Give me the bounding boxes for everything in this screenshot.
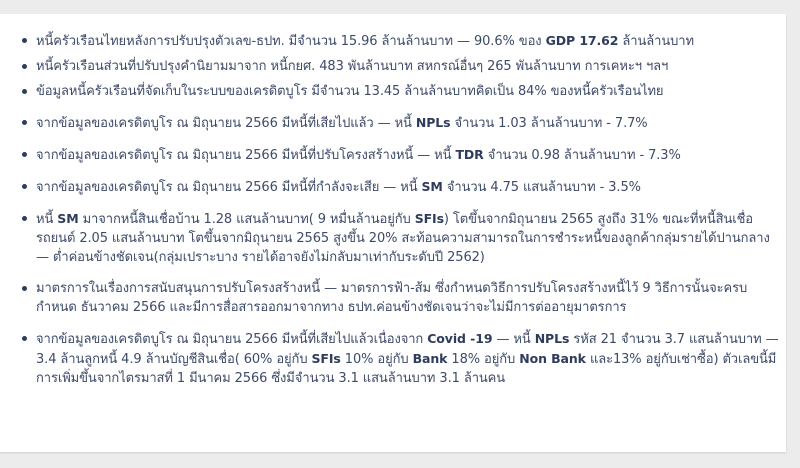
bullet-text: หนี้ครัวเรือนส่วนที่ปรับปรุงคำนิยามมาจาก… xyxy=(36,59,668,74)
bullet-item: หนี้ครัวเรือนส่วนที่ปรับปรุงคำนิยามมาจาก… xyxy=(22,57,782,76)
bold-term: SFIs xyxy=(415,211,444,226)
bullet-dot-icon xyxy=(22,38,27,43)
bullet-dot-icon xyxy=(22,184,27,189)
bullet-text: มาตรการในเรื่องการสนับสนุนการปรับโครงสร้… xyxy=(36,281,747,315)
bullet-item: หนี้ SM มาจากหนี้สินเชื่อบ้าน 1.28 แสนล้… xyxy=(22,209,782,267)
bold-term: SFIs xyxy=(312,351,341,366)
bullet-text: 10% อยู่กับ xyxy=(341,352,413,367)
bullet-item: จากข้อมูลของเครดิตบูโร ณ มิถุนายน 2566 ม… xyxy=(22,145,782,165)
bullet-text: จากข้อมูลของเครดิตบูโร ณ มิถุนายน 2566 ม… xyxy=(36,116,416,131)
bullet-text: จำนวน 1.03 ล้านล้านบาท - 7.7% xyxy=(451,116,648,131)
bullet-text: จากข้อมูลของเครดิตบูโร ณ มิถุนายน 2566 ม… xyxy=(36,148,455,163)
bullet-item: จากข้อมูลของเครดิตบูโร ณ มิถุนายน 2566 ม… xyxy=(22,113,782,133)
bold-term: SM xyxy=(422,179,443,194)
bullet-dot-icon xyxy=(22,89,27,94)
bullet-text: จำนวน 0.98 ล้านล้านบาท - 7.3% xyxy=(484,148,681,163)
bullet-list: หนี้ครัวเรือนไทยหลังการปรับปรุงตัวเลข-ธป… xyxy=(22,31,782,388)
bullet-text: หนี้ xyxy=(36,212,57,227)
bullet-text: หนี้ครัวเรือนไทยหลังการปรับปรุงตัวเลข-ธป… xyxy=(36,34,546,49)
bullet-item: จากข้อมูลของเครดิตบูโร ณ มิถุนายน 2566 ม… xyxy=(22,329,782,388)
bold-term: NPLs xyxy=(535,331,570,346)
bullet-text: — หนี้ xyxy=(492,332,534,347)
bold-term: SM xyxy=(57,211,78,226)
bullet-item: ข้อมูลหนี้ครัวเรือนที่จัดเก็บในระบบของเค… xyxy=(22,82,782,101)
bullet-dot-icon xyxy=(22,152,27,157)
bullet-dot-icon xyxy=(22,216,27,221)
bullet-dot-icon xyxy=(22,120,27,125)
slide-panel: หนี้ครัวเรือนไทยหลังการปรับปรุงตัวเลข-ธป… xyxy=(0,14,786,452)
bullet-text: 18% อยู่กับ xyxy=(447,352,519,367)
bullet-text: จำนวน 4.75 แสนล้านบาท - 3.5% xyxy=(443,180,641,195)
bold-term: Non Bank xyxy=(519,351,586,366)
bold-term: TDR xyxy=(455,147,483,162)
bold-term: GDP 17.62 xyxy=(546,33,619,48)
bullet-text: จากข้อมูลของเครดิตบูโร ณ มิถุนายน 2566 ม… xyxy=(36,180,422,195)
bold-term: Bank xyxy=(413,351,448,366)
bullet-item: หนี้ครัวเรือนไทยหลังการปรับปรุงตัวเลข-ธป… xyxy=(22,31,782,51)
bullet-dot-icon xyxy=(22,286,27,291)
bullet-text: มาจากหนี้สินเชื่อบ้าน 1.28 แสนล้านบาท( 9… xyxy=(79,212,415,227)
bold-term: Covid -19 xyxy=(427,331,492,346)
bullet-item: มาตรการในเรื่องการสนับสนุนการปรับโครงสร้… xyxy=(22,279,782,317)
bullet-text: ข้อมูลหนี้ครัวเรือนที่จัดเก็บในระบบของเค… xyxy=(36,84,663,99)
bold-term: NPLs xyxy=(416,115,451,130)
bullet-dot-icon xyxy=(22,64,27,69)
bullet-dot-icon xyxy=(22,336,27,341)
bullet-text: จากข้อมูลของเครดิตบูโร ณ มิถุนายน 2566 ม… xyxy=(36,332,427,347)
bullet-item: จากข้อมูลของเครดิตบูโร ณ มิถุนายน 2566 ม… xyxy=(22,177,782,197)
bullet-text: ล้านล้านบาท xyxy=(618,34,694,49)
